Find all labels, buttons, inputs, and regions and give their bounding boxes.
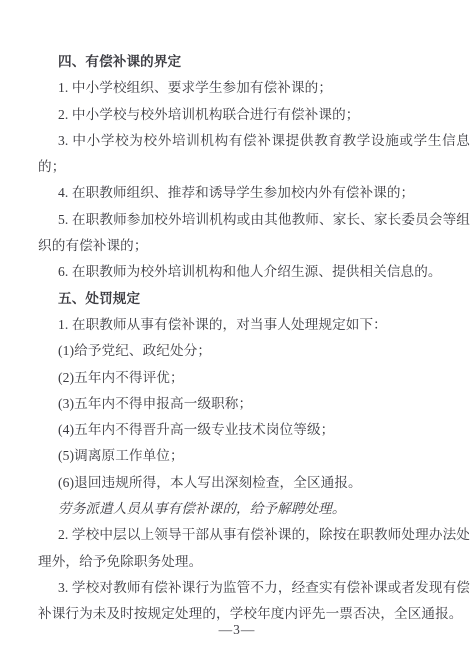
page-footer: —3— — [0, 621, 474, 639]
punishment-item-3: 3. 学校对教师有偿补课行为监管不力，经查实有偿补课或者发现有偿补课行为未及时按… — [38, 575, 470, 628]
punishment-sub-item-2: (2)五年内不得评优； — [38, 365, 470, 391]
punishment-sub-item-5: (5)调离原工作单位； — [38, 443, 470, 469]
punishment-sub-item-6: (6)退回违规所得，本人写出深刻检查，全区通报。 — [38, 470, 470, 496]
definition-item-1: 1. 中小学校组织、要求学生参加有偿补课的； — [38, 75, 470, 101]
labor-dispatch-clause: 劳务派遣人员从事有偿补课的，给予解聘处理。 — [38, 496, 470, 522]
punishment-sub-item-3: (3)五年内不得申报高一级职称； — [38, 391, 470, 417]
punishment-sub-item-4: (4)五年内不得晋升高一级专业技术岗位等级； — [38, 417, 470, 443]
section-heading-definition: 四、有偿补课的界定 — [38, 49, 470, 75]
document-page: 四、有偿补课的界定 1. 中小学校组织、要求学生参加有偿补课的； 2. 中小学校… — [0, 0, 474, 657]
document-content: 四、有偿补课的界定 1. 中小学校组织、要求学生参加有偿补课的； 2. 中小学校… — [38, 49, 470, 628]
section-heading-punishment: 五、处罚规定 — [38, 286, 470, 312]
punishment-item-2: 2. 学校中层以上领导干部从事有偿补课的，除按在职教师处理办法处理外，给予免除职… — [38, 522, 470, 575]
definition-item-3: 3. 中小学校为校外培训机构有偿补课提供教育教学设施或学生信息的； — [38, 128, 470, 181]
punishment-item-1: 1. 在职教师从事有偿补课的，对当事人处理规定如下： — [38, 312, 470, 338]
punishment-sub-item-1: (1)给予党纪、政纪处分； — [38, 338, 470, 364]
page-number: —3— — [219, 622, 256, 637]
definition-item-5: 5. 在职教师参加校外培训机构或由其他教师、家长、家长委员会等组织的有偿补课的； — [38, 207, 470, 260]
definition-item-2: 2. 中小学校与校外培训机构联合进行有偿补课的； — [38, 102, 470, 128]
definition-item-6: 6. 在职教师为校外培训机构和他人介绍生源、提供相关信息的。 — [38, 259, 470, 285]
definition-item-4: 4. 在职教师组织、推荐和诱导学生参加校内外有偿补课的； — [38, 180, 470, 206]
